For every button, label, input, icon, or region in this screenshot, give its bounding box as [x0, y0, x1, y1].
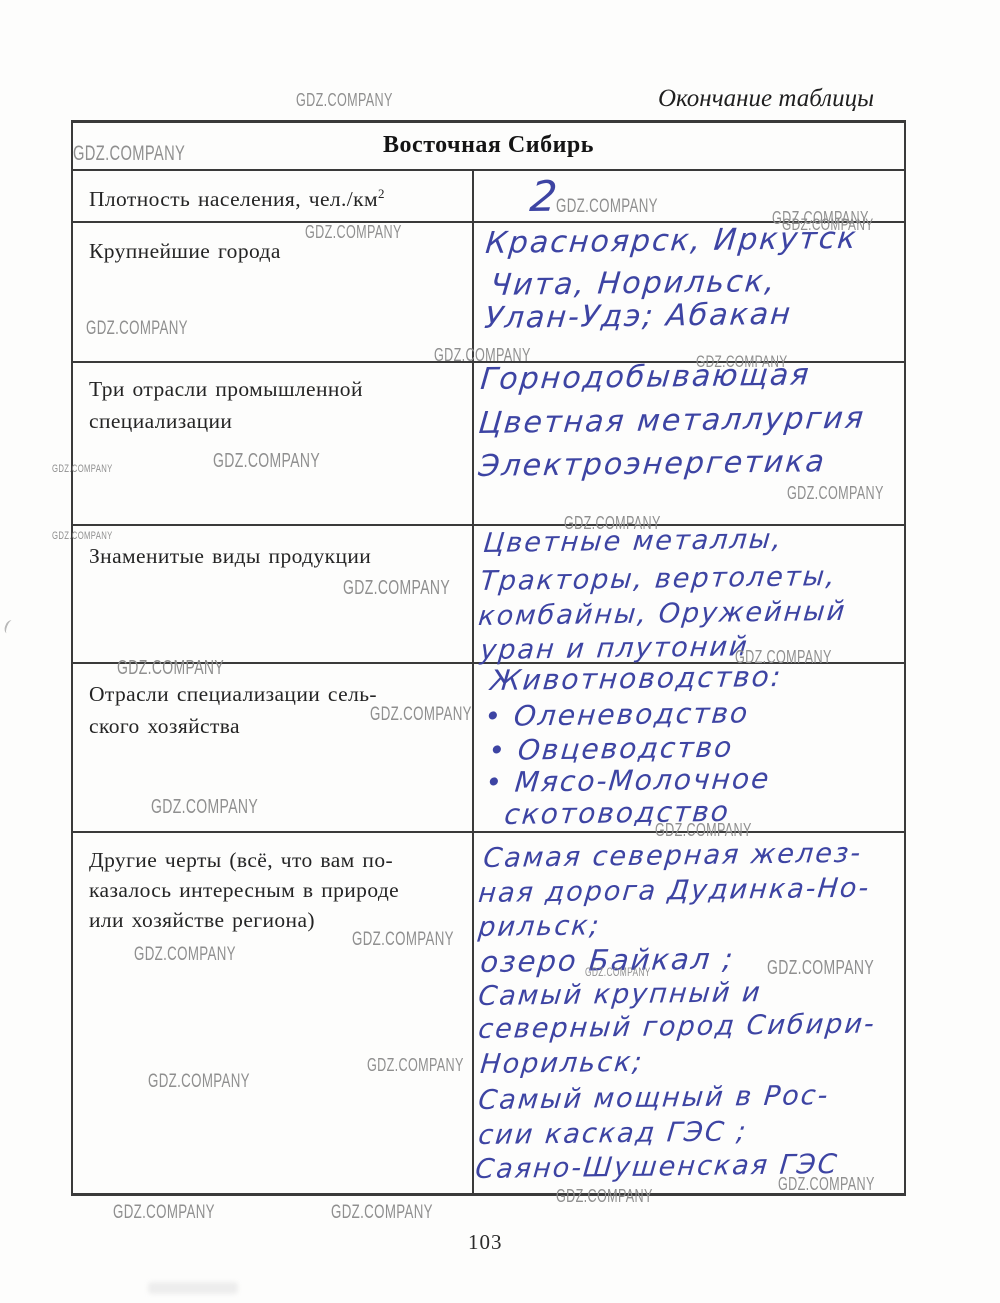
watermark: GDZ.COMPANY	[367, 1055, 464, 1076]
handwritten-answer-line: Норильск;	[479, 1047, 645, 1080]
watermark: GDZ.COMPANY	[148, 1071, 250, 1093]
watermark: GDZ.COMPANY	[134, 944, 236, 966]
handwritten-answer-line: Животноводство:	[489, 660, 784, 697]
row-divider	[71, 169, 906, 171]
row-label: Плотность населения, чел./км2	[89, 186, 385, 212]
handwritten-answer-line: северный город Сибири-	[477, 1008, 877, 1045]
row-label: или хозяйстве региона)	[89, 908, 315, 933]
handwritten-answer-line: ная дорога Дудинка-Но-	[477, 873, 872, 909]
pen-mark	[3, 619, 17, 635]
watermark: GDZ.COMPANY	[655, 820, 752, 841]
handwritten-answer-line: Самый мощный в Рос-	[477, 1080, 831, 1116]
watermark: GDZ.COMPANY	[778, 1174, 875, 1195]
handwritten-answer-line: Цветные металлы,	[482, 524, 784, 559]
watermark: GDZ.COMPANY	[767, 957, 874, 980]
watermark: GDZ.COMPANY	[151, 796, 258, 819]
watermark: GDZ.COMPANY	[213, 450, 320, 473]
row-label: Крупнейшие города	[89, 239, 281, 264]
handwritten-answer-line: Цветная металлургия	[477, 401, 867, 441]
table-border-left	[71, 120, 73, 1196]
watermark: GDZ.COMPANY	[73, 142, 185, 166]
watermark: GDZ.COMPANY	[343, 577, 450, 600]
row-label: Другие черты (всё, что вам по-	[89, 848, 393, 873]
row-label: специализации	[89, 409, 232, 434]
watermark: GDZ.COMPANY	[305, 222, 402, 243]
scan-smudge	[148, 1282, 238, 1294]
watermark: GDZ.COMPANY	[585, 965, 651, 979]
handwritten-answer-line: • Овцеводство	[487, 731, 735, 767]
table-title: Восточная Сибирь	[71, 132, 906, 159]
handwritten-answer-line: рильск;	[477, 910, 602, 943]
table-border-right	[904, 120, 906, 1196]
column-divider	[472, 169, 474, 1193]
row-label: Знаменитые виды продукции	[89, 544, 371, 569]
row-label: ского хозяйства	[89, 714, 240, 739]
handwritten-answer-line: Самая северная желез-	[482, 838, 864, 874]
handwritten-answer-line: Горнодобывающая	[479, 357, 812, 397]
row-label: Три отрасли промышленной	[89, 377, 363, 402]
row-label: Отрасли специализации сель-	[89, 682, 377, 707]
table-border-top	[71, 120, 906, 123]
row-divider	[71, 831, 906, 833]
watermark: GDZ.COMPANY	[52, 463, 113, 475]
handwritten-answer-line: Красноярск, Иркутск	[484, 221, 859, 261]
table-continuation-caption: Окончание таблицы	[658, 85, 874, 113]
watermark: GDZ.COMPANY	[556, 196, 658, 218]
handwritten-answer-line: сии каскад ГЭС ;	[477, 1116, 749, 1151]
watermark: GDZ.COMPANY	[352, 929, 454, 951]
handwritten-answer-line: Электроэнергетика	[477, 444, 828, 484]
handwritten-answer-line: • Мясо-Молочное	[484, 762, 772, 799]
handwritten-answer-line: Улан-Удэ; Абакан	[483, 297, 794, 336]
watermark: GDZ.COMPANY	[117, 657, 224, 680]
handwritten-answer-line: • Оленеводство	[483, 696, 751, 733]
page-number: 103	[468, 1230, 503, 1255]
watermark: GDZ.COMPANY	[556, 1186, 653, 1207]
row-label-superscript: 2	[378, 186, 385, 201]
watermark: GDZ.COMPANY	[113, 1202, 215, 1224]
watermark: GDZ.COMPANY	[52, 530, 113, 542]
watermark: GDZ.COMPANY	[331, 1202, 433, 1224]
watermark: GDZ.COMPANY	[86, 318, 188, 340]
handwritten-answer-line: Тракторы, вертолеты,	[479, 561, 838, 597]
handwritten-answer-line: комбайны, Оружейный	[477, 596, 848, 632]
handwritten-answer-line: Самый крупный и	[477, 977, 763, 1012]
scanned-page: GDZ.COMPANY Окончание таблицы Восточная …	[0, 0, 1000, 1303]
row-label: казалось интересным в природе	[89, 878, 399, 903]
watermark: GDZ.COMPANY	[296, 90, 393, 111]
row-label-text: Плотность населения, чел./км	[89, 187, 378, 211]
watermark: GDZ.COMPANY	[370, 704, 472, 726]
watermark: GDZ.COMPANY	[787, 483, 884, 504]
